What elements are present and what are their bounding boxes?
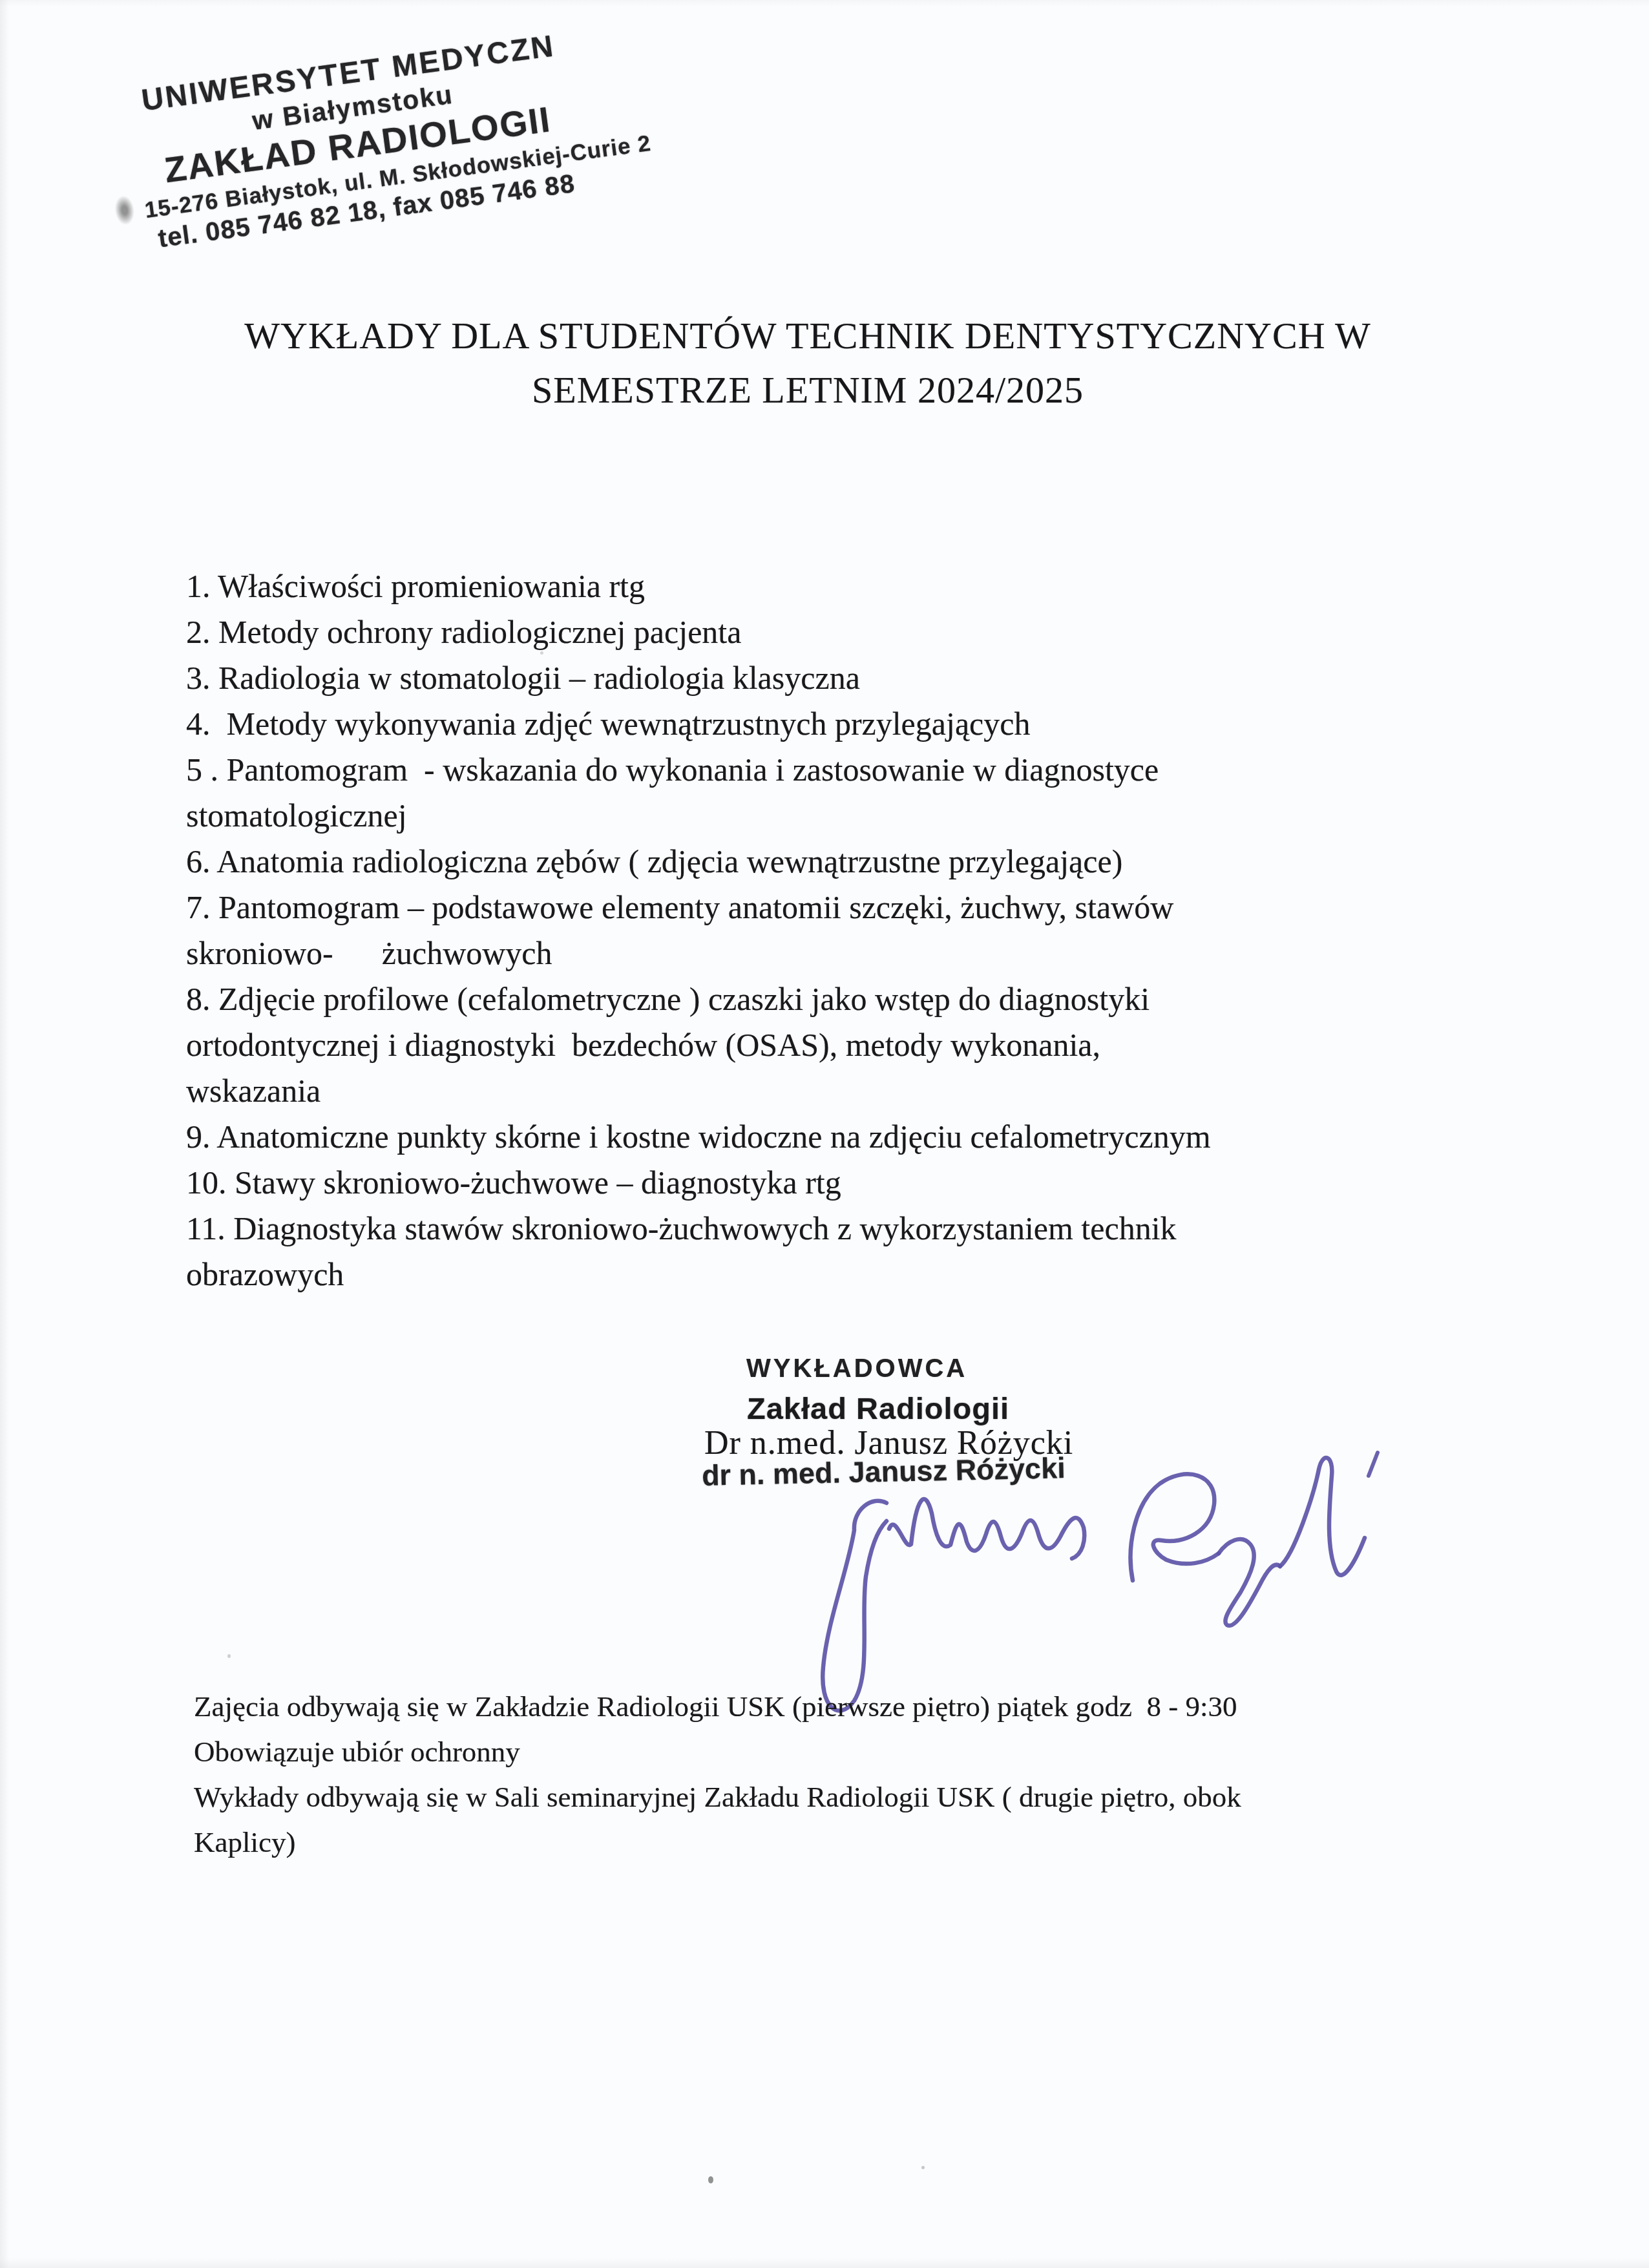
signature-stroke-ki	[1280, 1458, 1365, 1575]
handwritten-signature-ink	[762, 1433, 1383, 1717]
schedule-notes: Zajęcia odbywają się w Zakładzie Radiolo…	[194, 1684, 1241, 1865]
note-line-lectures-room-wrap: Kaplicy)	[194, 1820, 1241, 1865]
stamp-emblem-smudge	[113, 194, 136, 227]
lecture-line: 1. Właściwości promieniowania rtg	[186, 563, 1211, 609]
lecture-line: 4. Metody wykonywania zdjęć wewnątrzustn…	[186, 701, 1211, 747]
department-stamp-text: Zakład Radiologii	[747, 1391, 1009, 1426]
lecture-line: 6. Anatomia radiologiczna zębów ( zdjęci…	[186, 839, 1211, 885]
lecture-line-wrap: wskazania	[186, 1068, 1211, 1114]
lecture-line: 7. Pantomogram – podstawowe elementy ana…	[186, 885, 1211, 930]
lecture-line: 9. Anatomiczne punkty skórne i kostne wi…	[186, 1114, 1211, 1160]
signature-tick	[1369, 1453, 1378, 1476]
scan-speck	[227, 1654, 231, 1658]
lecture-line: 2. Metody ochrony radiologicznej pacjent…	[186, 609, 1211, 655]
lecturer-role-label: WYKŁADOWCA	[746, 1354, 967, 1383]
lecture-line-wrap: ortodontycznej i diagnostyki bezdechów (…	[186, 1022, 1211, 1068]
note-line-location: Zajęcia odbywają się w Zakładzie Radiolo…	[194, 1684, 1241, 1729]
scan-speck	[921, 2166, 925, 2169]
scan-speck	[708, 2176, 713, 2183]
lecture-line: 11. Diagnostyka stawów skroniowo-żuchwow…	[186, 1206, 1211, 1252]
signature-stroke-j	[823, 1501, 887, 1711]
lecture-line-wrap: skroniowo- żuchwowych	[186, 930, 1211, 976]
lecture-line-wrap: obrazowych	[186, 1252, 1211, 1297]
scanned-lecture-schedule-page: { "stamp": { "lines": [ "UNIWERSYTET MED…	[0, 0, 1649, 2268]
lecture-line: 3. Radiologia w stomatologii – radiologi…	[186, 655, 1211, 701]
signature-stroke-ozy	[1219, 1539, 1280, 1626]
note-line-dresscode: Obowiązuje ubiór ochronny	[194, 1729, 1241, 1774]
lecture-topic-list: 1. Właściwości promieniowania rtg 2. Met…	[186, 563, 1211, 1297]
note-line-lectures-room: Wykłady odbywają się w Sali seminaryjnej…	[194, 1774, 1241, 1820]
lecture-line: 8. Zdjęcie profilowe (cefalometryczne ) …	[186, 976, 1211, 1022]
lecture-line: 10. Stawy skroniowo-żuchwowe – diagnosty…	[186, 1160, 1211, 1206]
signature-stroke-anusz	[889, 1499, 1084, 1559]
title-line-1: WYKŁADY DLA STUDENTÓW TECHNIK DENTYSTYCZ…	[194, 309, 1422, 363]
signature-stroke-r	[1131, 1474, 1219, 1580]
title-line-2: SEMESTRZE LETNIM 2024/2025	[194, 363, 1422, 417]
document-title: WYKŁADY DLA STUDENTÓW TECHNIK DENTYSTYCZ…	[194, 309, 1422, 417]
scan-speck	[540, 651, 543, 655]
lecture-line: 5 . Pantomogram - wskazania do wykonania…	[186, 747, 1211, 793]
lecture-line-wrap: stomatologicznej	[186, 793, 1211, 839]
